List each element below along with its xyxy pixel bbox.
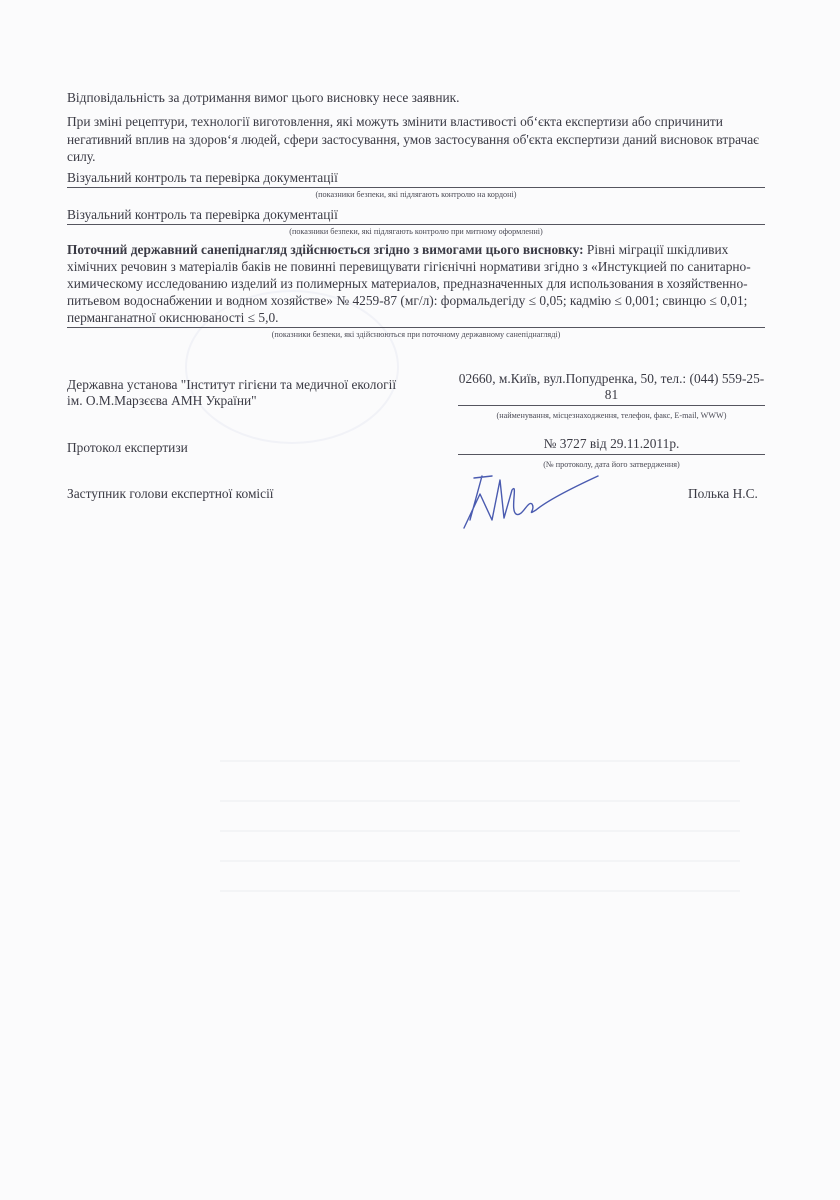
- reverse-bleed: [220, 890, 740, 892]
- institution-caption: (найменування, місцезнаходження, телефон…: [458, 408, 765, 424]
- protocol-label: Протокол експертизи: [67, 440, 188, 456]
- protocol-field: № 3727 від 29.11.2011р. (№ протоколу, да…: [458, 436, 765, 473]
- border-control-value: Візуальний контроль та перевірка докумен…: [67, 170, 765, 188]
- protocol-value: № 3727 від 29.11.2011р.: [458, 436, 765, 455]
- responsibility-text: Відповідальність за дотримання вимог цьо…: [67, 89, 767, 107]
- signatory-role: Заступник голови експертної комісії: [67, 486, 274, 502]
- customs-control-field: Візуальний контроль та перевірка докумен…: [67, 207, 765, 236]
- institution-name: Державна установа "Інститут гігієни та м…: [67, 377, 397, 409]
- signatory-name: Полька Н.С.: [688, 486, 758, 502]
- reverse-bleed: [220, 830, 740, 832]
- change-notice-text: При зміні рецептури, технології виготовл…: [67, 113, 767, 166]
- reverse-bleed: [220, 860, 740, 862]
- supervision-text: Поточний державний санепіднагляд здійсню…: [67, 241, 765, 328]
- customs-control-caption: (показники безпеки, які підлягають контр…: [67, 227, 765, 236]
- signature: [452, 470, 602, 532]
- institution-address-field: 02660, м.Київ, вул.Попудренка, 50, тел.:…: [458, 371, 765, 424]
- supervision-heading: Поточний державний санепіднагляд здійсню…: [67, 242, 584, 257]
- border-control-caption: (показники безпеки, які підлягають контр…: [67, 190, 765, 199]
- supervision-field: Поточний державний санепіднагляд здійсню…: [67, 241, 765, 339]
- border-control-field: Візуальний контроль та перевірка докумен…: [67, 170, 765, 199]
- supervision-caption: (показники безпеки, які здійснюються при…: [67, 330, 765, 339]
- customs-control-value: Візуальний контроль та перевірка докумен…: [67, 207, 765, 225]
- reverse-bleed: [220, 760, 740, 762]
- reverse-bleed: [220, 800, 740, 802]
- institution-address: 02660, м.Київ, вул.Попудренка, 50, тел.:…: [458, 371, 765, 406]
